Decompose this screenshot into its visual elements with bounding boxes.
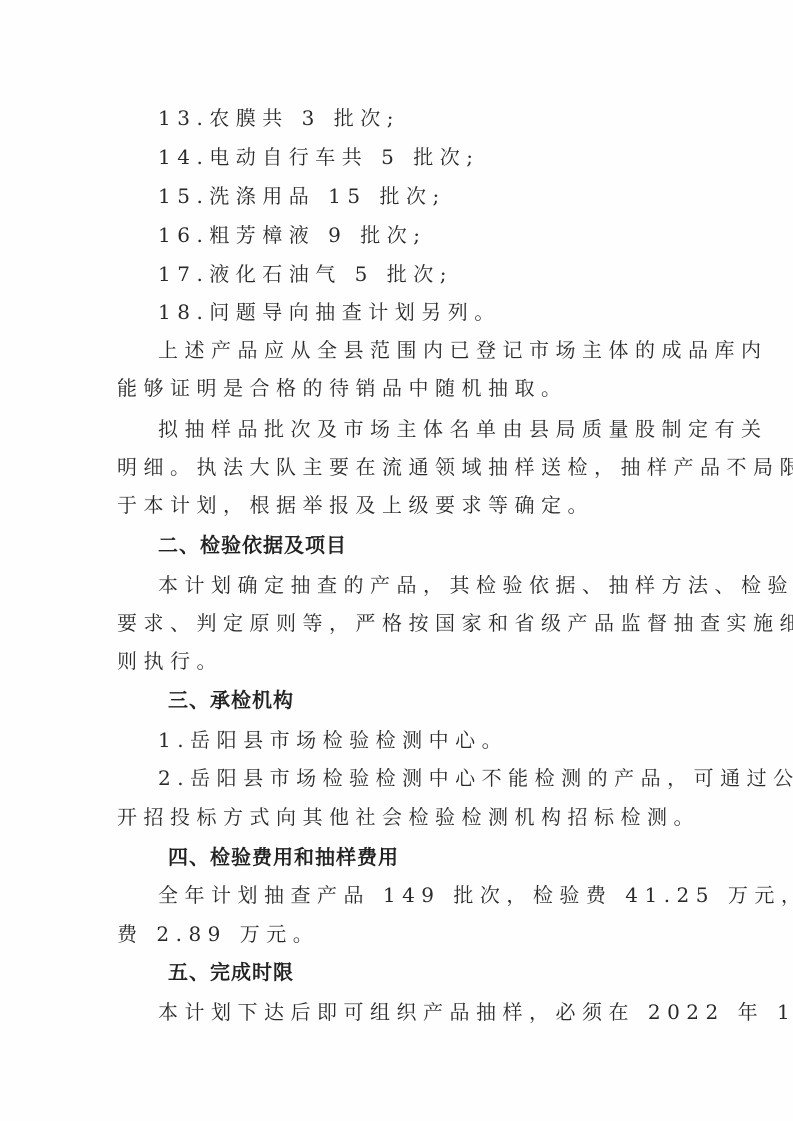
paragraph-sampling-line-1: 上述产品应从全县范围内已登记市场主体的成品库内 — [158, 338, 768, 362]
section-3-line-1: 1.岳阳县市场检验检测中心。 — [158, 728, 508, 752]
paragraph-batches-line-1: 拟抽样品批次及市场主体名单由县局质量股制定有关 — [158, 417, 768, 441]
section-5-line-1: 本计划下达后即可组织产品抽样，必须在 2022 年 12 月 — [158, 1000, 793, 1024]
list-item-14: 14.电动自行车共 5 批次; — [158, 145, 479, 169]
paragraph-batches-line-3: 于本计划，根据举报及上级要求等确定。 — [117, 493, 594, 517]
list-item-18: 18.问题导向抽查计划另列。 — [158, 300, 501, 324]
document-page: 13.农膜共 3 批次; 14.电动自行车共 5 批次; 15.洗涤用品 15 … — [0, 0, 793, 1121]
section-2-line-1: 本计划确定抽查的产品，其检验依据、抽样方法、检验 — [158, 573, 793, 597]
section-3-line-2: 2.岳阳县市场检验检测中心不能检测的产品，可通过公 — [158, 766, 793, 790]
paragraph-batches-line-2: 明细。执法大队主要在流通领域抽样送检，抽样产品不局限 — [117, 455, 793, 479]
section-3-heading: 三、承检机构 — [168, 688, 294, 712]
section-2-line-3: 则执行。 — [117, 649, 223, 673]
paragraph-sampling-line-2: 能够证明是合格的待销品中随机抽取。 — [117, 376, 568, 400]
section-2-heading: 二、检验依据及项目 — [158, 533, 347, 557]
section-4-line-1: 全年计划抽查产品 149 批次，检验费 41.25 万元，抽样 — [158, 883, 793, 907]
list-item-16: 16.粗芳樟液 9 批次; — [158, 223, 426, 247]
section-3-line-3: 开招投标方式向其他社会检验检测机构招标检测。 — [117, 805, 700, 829]
list-item-17: 17.液化石油气 5 批次; — [158, 262, 453, 286]
section-2-line-2: 要求、判定原则等，严格按国家和省级产品监督抽查实施细 — [117, 611, 793, 635]
list-item-15: 15.洗涤用品 15 批次; — [158, 184, 446, 208]
list-item-13: 13.农膜共 3 批次; — [158, 106, 400, 130]
section-4-line-2: 费 2.89 万元。 — [117, 922, 319, 946]
section-4-heading: 四、检验费用和抽样费用 — [168, 845, 399, 869]
section-5-heading: 五、完成时限 — [168, 960, 294, 984]
